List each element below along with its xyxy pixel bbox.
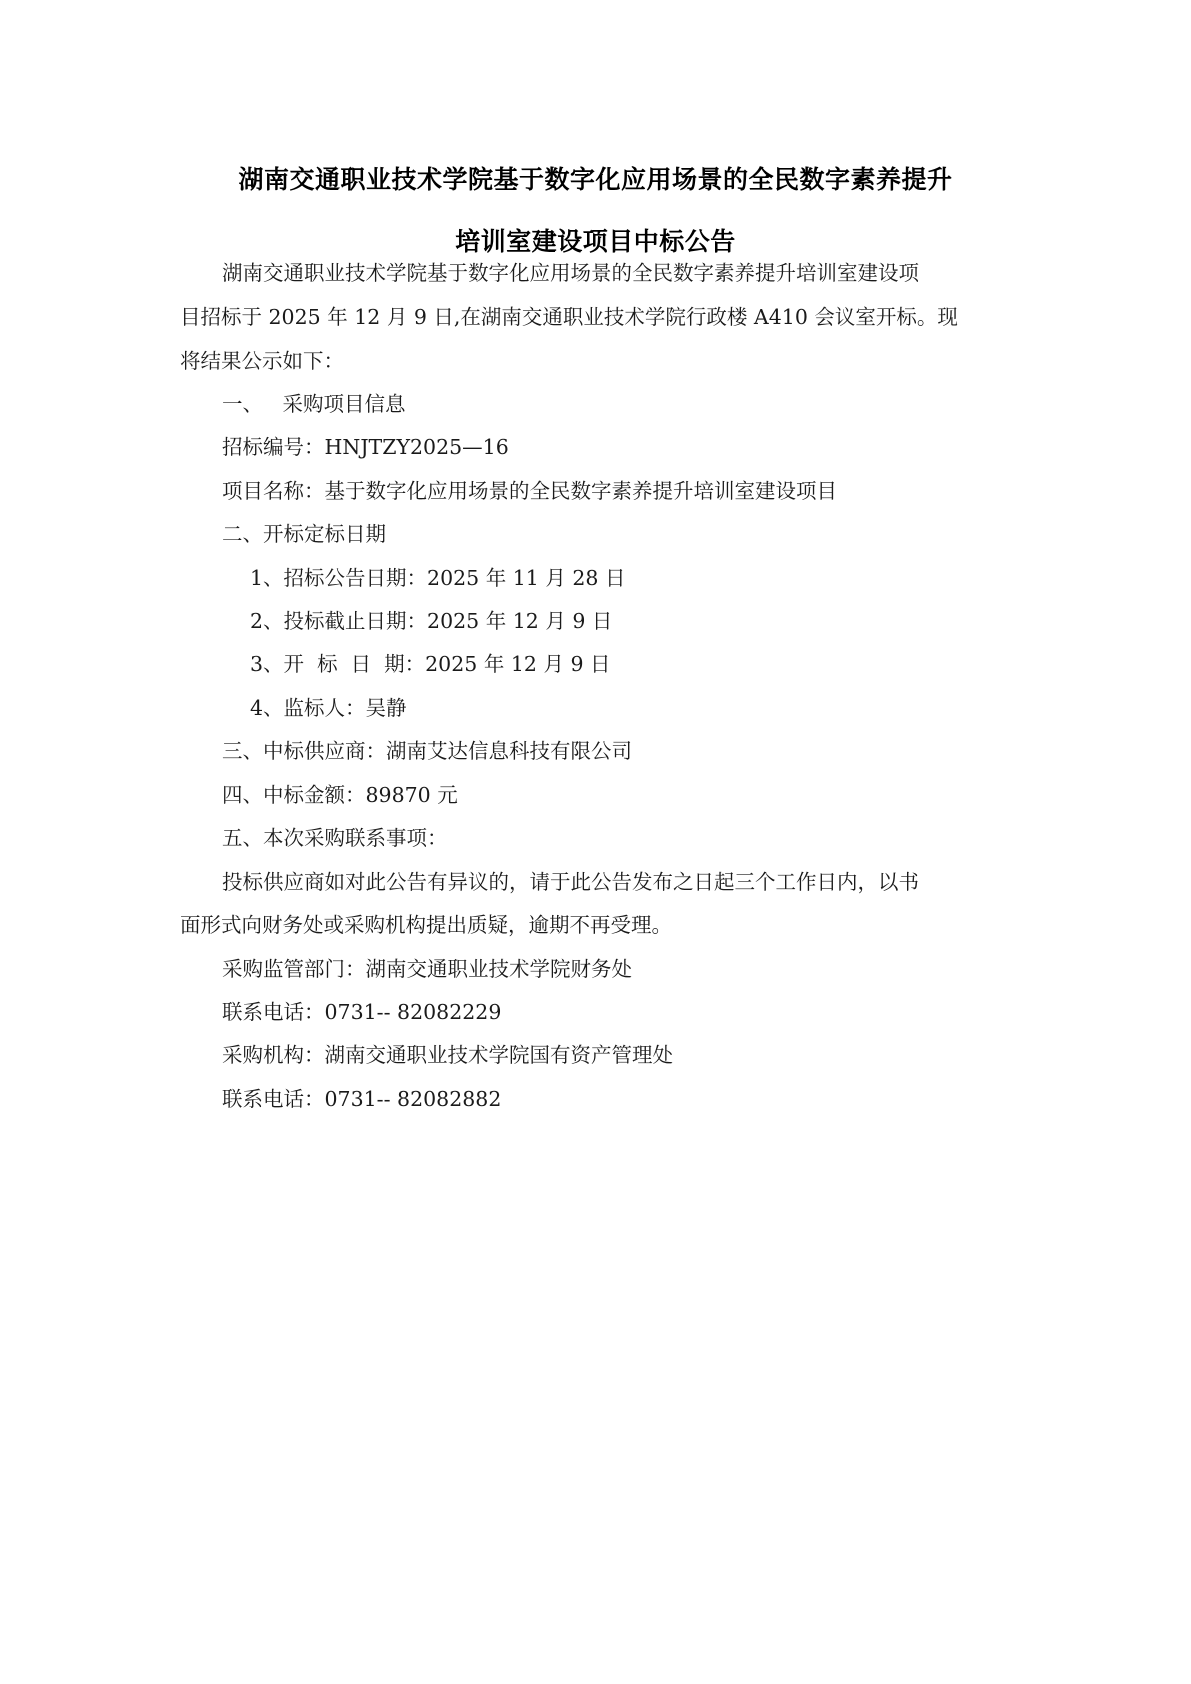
intro-line-2: 目招标于 2025 年 12 月 9 日,在湖南交通职业技术学院行政楼 A410… — [180, 302, 958, 332]
project-name: 项目名称：基于数字化应用场景的全民数字素养提升培训室建设项目 — [222, 476, 837, 506]
date-item-2: 2、投标截止日期：2025 年 12 月 9 日 — [250, 606, 612, 636]
bid-number: 招标编号：HNJTZY2025—16 — [222, 432, 509, 462]
section2-heading: 二、开标定标日期 — [222, 519, 386, 549]
intro-line-3: 将结果公示如下： — [180, 346, 344, 376]
section5-heading: 五、本次采购联系事项： — [222, 823, 448, 853]
title-line-1: 湖南交通职业技术学院基于数字化应用场景的全民数字素养提升 — [0, 160, 1191, 196]
supervisor-dept: 采购监管部门：湖南交通职业技术学院财务处 — [222, 954, 632, 984]
winning-amount: 四、中标金额：89870 元 — [222, 780, 458, 810]
section1-heading: 一、 采购项目信息 — [222, 389, 406, 419]
supervisor-phone: 联系电话：0731-- 82082229 — [222, 997, 501, 1027]
intro-line-1: 湖南交通职业技术学院基于数字化应用场景的全民数字素养提升培训室建设项 — [222, 258, 919, 288]
date-item-3: 3、开 标 日 期：2025 年 12 月 9 日 — [250, 649, 611, 679]
agency-phone: 联系电话：0731-- 82082882 — [222, 1084, 501, 1114]
date-item-1: 1、招标公告日期：2025 年 11 月 28 日 — [250, 563, 625, 593]
winning-supplier: 三、中标供应商：湖南艾达信息科技有限公司 — [222, 736, 632, 766]
document-page: 湖南交通职业技术学院基于数字化应用场景的全民数字素养提升 培训室建设项目中标公告… — [0, 0, 1191, 1684]
notice-line-1: 投标供应商如对此公告有异议的，请于此公告发布之日起三个工作日内，以书 — [222, 867, 919, 897]
notice-line-2: 面形式向财务处或采购机构提出质疑，逾期不再受理。 — [180, 910, 672, 940]
date-item-4: 4、监标人：吴静 — [250, 693, 407, 723]
title-line-2: 培训室建设项目中标公告 — [0, 222, 1191, 258]
procurement-agency: 采购机构：湖南交通职业技术学院国有资产管理处 — [222, 1040, 673, 1070]
